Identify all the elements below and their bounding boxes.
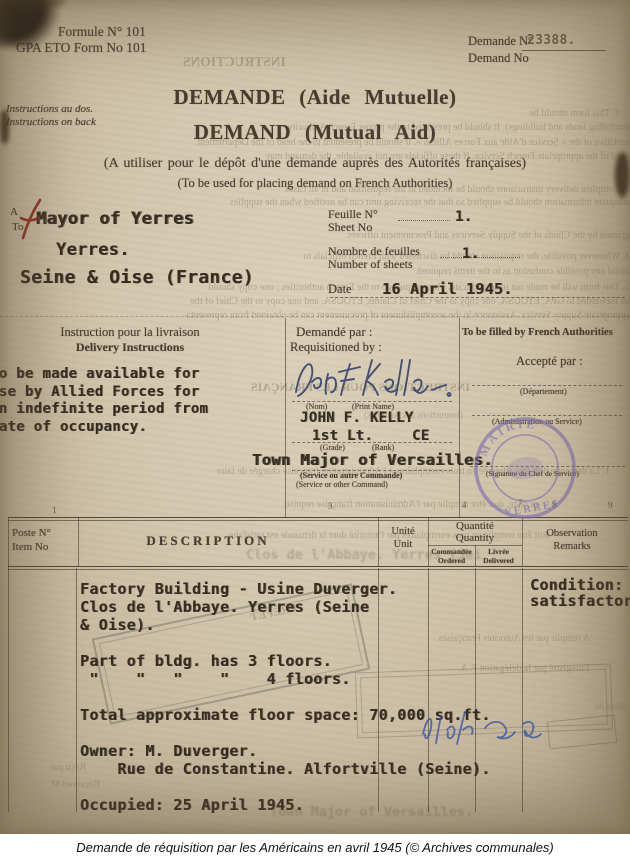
col-header-unit-fr: Unité — [378, 526, 428, 538]
footnote-digit: 1 — [52, 505, 57, 515]
requisitioner-grade: 1st Lt. — [312, 428, 373, 444]
demand-no-label-en: Demand No — [468, 52, 529, 66]
col-header-delivered-en: Delivered — [475, 557, 522, 565]
faint-stamp-box — [547, 715, 618, 750]
sheet-no-value: 1. — [455, 209, 472, 225]
french-authorities-header: To be filled by French Authorities — [462, 327, 613, 339]
departement-sub-label: (Département) — [520, 388, 567, 397]
col-header-remarks-fr: Observation — [522, 528, 622, 540]
delivery-instructions-text: To be made available for use by Allied F… — [0, 366, 208, 436]
footnote-digit: 3 — [328, 501, 333, 511]
addressee-label-a: A — [10, 206, 18, 218]
col-header-unit-en: Unit — [378, 539, 428, 551]
addressee-line-3: Seine & Oise (France) — [20, 268, 254, 289]
col-header-ordered-fr: Commandée — [428, 548, 475, 556]
demand-no-value: 23388. — [527, 34, 576, 49]
col-header-ordered-en: Ordered — [428, 557, 475, 565]
requisitioner-rank: CE — [412, 428, 429, 444]
addressee-line-2: Yerres. — [56, 241, 130, 261]
col-header-delivered-fr: Livrée — [475, 548, 522, 556]
date-label: Date — [328, 283, 352, 297]
form-number-en: GPA ETO Form No 101 — [16, 41, 147, 56]
addressee-line-1: Mayor of Yerres — [36, 210, 194, 230]
description-text-block: Factory Building - Usine Duverger. Clos … — [80, 580, 491, 814]
col-header-item-fr: Poste N° — [12, 527, 51, 539]
col-header-description: DESCRIPTION — [88, 534, 328, 548]
bleedthrough-text: au reste, doit être remplie par l'Admini… — [90, 499, 540, 511]
form-subtitle-en: (To be used for placing demand on French… — [0, 177, 630, 191]
footnote-digit: 4 — [462, 500, 467, 510]
form-title-en: DEMAND (Mutual Aid) — [0, 121, 630, 144]
col-header-remarks-en: Remarks — [522, 541, 622, 553]
bleedthrough-text: 1. This form should be — [390, 108, 620, 120]
image-caption: Demande de réquisition par les Américain… — [0, 834, 630, 860]
command-name: Town Major of Versailles. — [252, 452, 493, 470]
blue-ink-annotation — [415, 700, 555, 750]
mairie-yerres-stamp: MAIRIE YERRES — [460, 403, 590, 533]
stamp-text-top: MAIRIE — [471, 414, 544, 461]
delivery-header-fr: Instruction pour la livraison — [20, 326, 240, 340]
remarks-line-2: satisfactory — [530, 593, 630, 610]
bleedthrough-text: adequate information should be supplied … — [0, 197, 630, 209]
sheet-count-value: 1. — [462, 246, 479, 262]
red-check-mark-icon — [18, 196, 44, 242]
bleedthrough-text: Reçu par — [26, 762, 86, 774]
form-title-fr: DEMANDE (Aide Mutuelle) — [0, 86, 630, 109]
form-subtitle-fr: (A utiliser pour le dépôt d'une demande … — [0, 156, 630, 171]
requisitioned-by-label-fr: Demandé par : — [296, 325, 373, 339]
scanned-document-photo: INSTRUCTIONS 1. This form should be (inc… — [0, 0, 630, 860]
col-header-item-en: Item No — [12, 541, 48, 553]
accepted-by-label: Accepté par : — [516, 355, 583, 369]
scan-artifact — [40, 0, 66, 6]
command-sub-label-en: (Service or other Command) — [296, 481, 388, 490]
sheet-no-label-en: Sheet No — [328, 221, 372, 234]
signature-handwriting — [286, 348, 454, 404]
bleedthrough-text: granted by the Chiefs of the Supply Serv… — [240, 230, 630, 242]
sheet-count-label-en: Number of sheets — [328, 258, 413, 271]
footnote-digit: 9 — [608, 500, 613, 510]
bleedthrough-text: INSTRUCTIONS — [183, 54, 286, 70]
date-value: 16 April 1945. — [382, 281, 513, 298]
requisition-form-scan: INSTRUCTIONS 1. This form should be (inc… — [0, 0, 630, 834]
delivery-header-en: Delivery Instructions — [20, 341, 240, 354]
table-header-rule — [8, 566, 628, 570]
col-header-qty-en: Quantity — [428, 532, 522, 544]
demand-no-label-fr: Demande N° — [468, 35, 533, 49]
svg-text:MAIRIE: MAIRIE — [471, 414, 544, 461]
form-number-fr: Formule N° 101 — [58, 25, 146, 40]
requisitioner-name: JOHN F. KELLY — [300, 410, 413, 426]
